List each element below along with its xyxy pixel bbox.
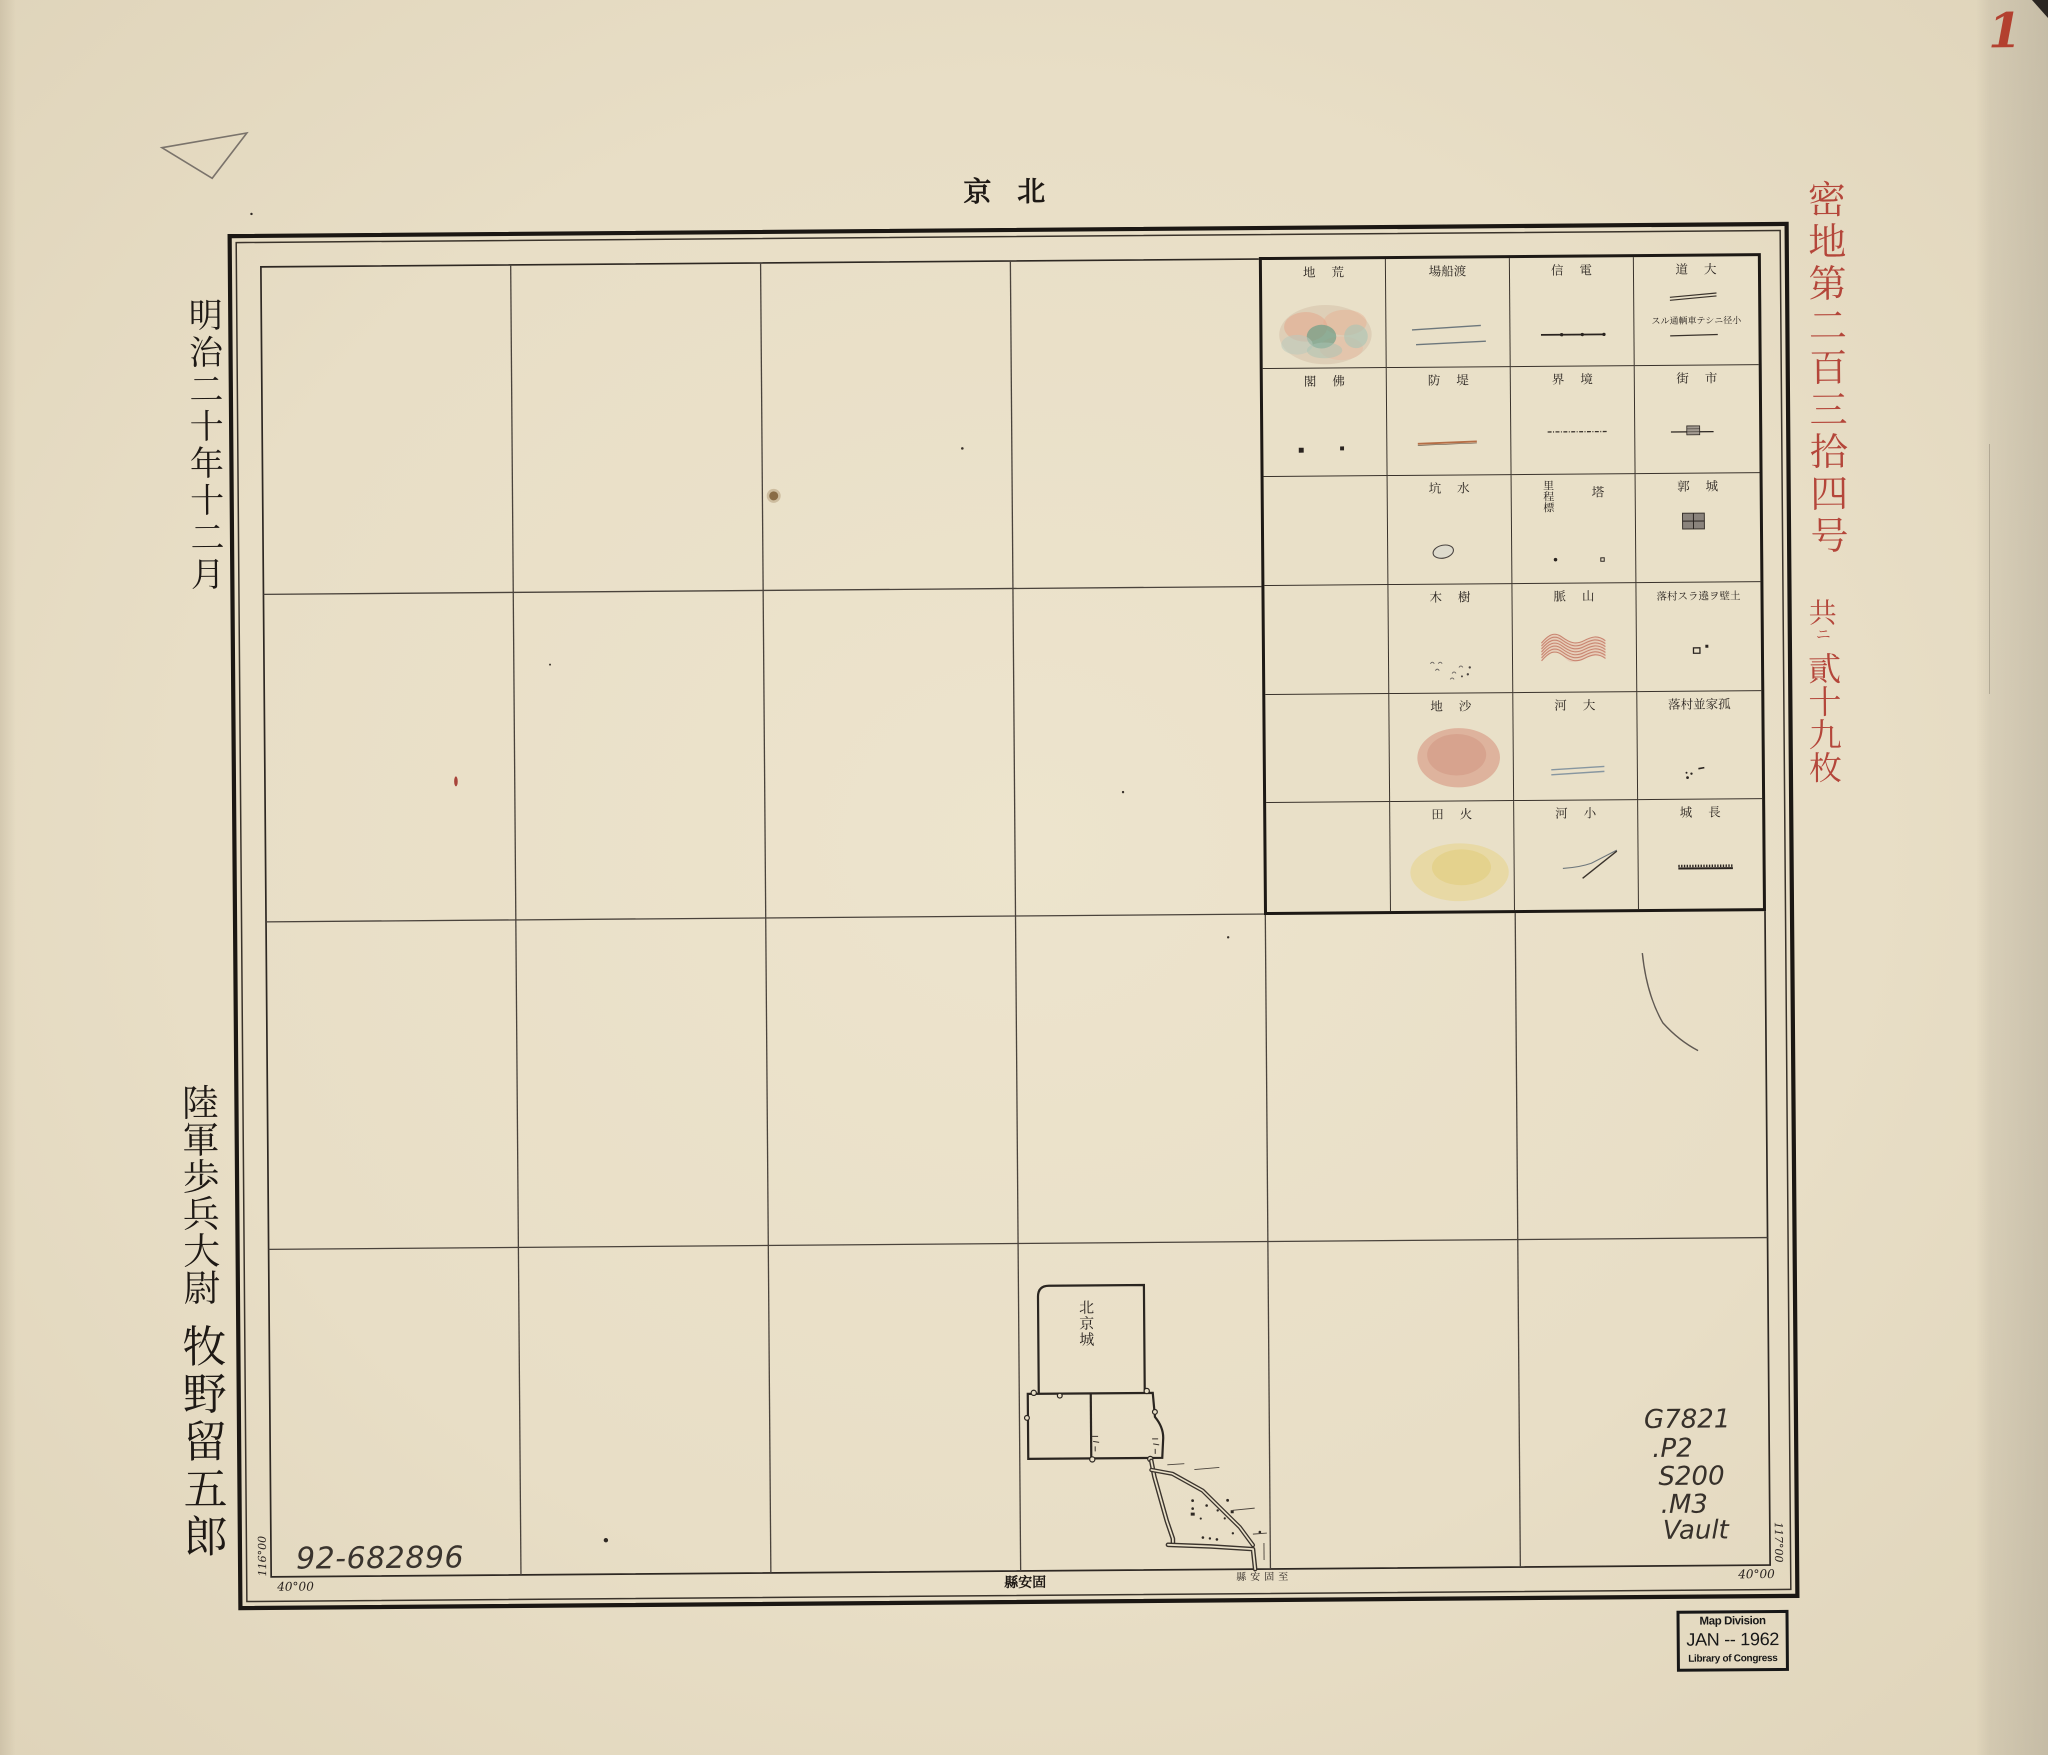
author-name: 牧野留五郎 — [177, 1323, 223, 1561]
legend-cell-castle-wall: 郭 城 — [1636, 473, 1761, 583]
legend-label: 街 市 — [1635, 371, 1759, 386]
legend-cell-empty — [1266, 802, 1391, 912]
legend-cell-tower-milestone: 塔 里程標 — [1512, 474, 1637, 584]
village-marks — [1191, 1499, 1262, 1541]
legend-label: 木 樹 — [1388, 590, 1511, 605]
legend-cell-pond: 坑 水 — [1388, 475, 1513, 585]
legend-cell-ferry: 場船渡 — [1386, 258, 1511, 368]
accession-number: 92-682896 — [296, 1543, 464, 1574]
call-number-line: .P2 — [1652, 1435, 1693, 1463]
legend-cell-boundary: 界 境 — [1511, 366, 1636, 476]
legend-cell-isolated-houses: 落村並家孤 — [1637, 691, 1762, 801]
legend-label: 場船渡 — [1386, 264, 1509, 279]
road-destination-label: 縣安固至 — [1235, 1573, 1293, 1583]
legend-cell-field: 田 火 — [1390, 801, 1515, 911]
legend-cell-town-street: 街 市 — [1635, 365, 1760, 475]
legend-cell-embankment: 防 堤 — [1387, 367, 1512, 477]
legend-label: 信 電 — [1510, 263, 1633, 278]
survey-date: 明治二十年十二月 — [185, 297, 221, 593]
legend-label: 河 小 — [1514, 806, 1637, 821]
red-total-prefix: 共 — [1809, 600, 1837, 628]
library-stamp: Map Division JAN -- 1962 Library of Cong… — [1676, 1610, 1788, 1672]
red-total-small: ニ — [1816, 628, 1831, 643]
legend-label: 坑 水 — [1388, 481, 1511, 496]
legend-cell-small-river: 河 小 — [1514, 800, 1639, 910]
legend-cell-empty — [1264, 585, 1389, 695]
county-label: 縣安固 — [1001, 1576, 1049, 1590]
beijing-city-walls — [1027, 1285, 1163, 1459]
legend-label: 落村スラ遶ヲ壁土 — [1636, 589, 1760, 604]
call-number-line: Vault — [1663, 1516, 1729, 1545]
legend-cell-road: 道 大 スル通輌車テシニ径小 — [1634, 256, 1759, 366]
legend-label-tower: 塔 — [1592, 487, 1605, 500]
legend-label: 脈 山 — [1512, 589, 1635, 604]
legend-cell-mountain-range: 脈 山 — [1512, 583, 1637, 693]
coord-left-lon: 116°00 — [257, 1536, 268, 1577]
legend-cell-trees: 木 樹 — [1388, 584, 1513, 694]
page-number-mark: 1 — [1988, 7, 2022, 55]
legend-label: 田 火 — [1390, 807, 1513, 822]
legend-cell-empty — [1265, 694, 1390, 804]
red-sheet-number: 密地第二百三拾四号 — [1804, 179, 1845, 557]
legend-cell-temple: 閣 佛 — [1263, 368, 1388, 478]
legend-label: 郭 城 — [1636, 479, 1760, 494]
sheet-title: 京 北 — [952, 176, 1062, 209]
legend-label: 防 堤 — [1387, 373, 1510, 388]
legend-label: 閣 佛 — [1263, 374, 1386, 389]
stamp-institution: Library of Congress — [1680, 1653, 1786, 1666]
legend-cell-large-river: 河 大 — [1513, 692, 1638, 802]
legend-label: 落村並家孤 — [1637, 697, 1761, 712]
legend-label: 地 荒 — [1262, 265, 1385, 280]
author-rank: 陸軍歩兵大尉 — [178, 1083, 217, 1305]
call-number-line: G7821 — [1644, 1405, 1731, 1434]
legend-cell-empty — [1264, 476, 1389, 586]
call-number-line: S200 — [1658, 1462, 1724, 1491]
pencil-curve-mark — [1642, 953, 1698, 1051]
map-legend: 地 荒 場船渡 信 電 — [1259, 253, 1766, 915]
map-sheet: 1 京 北 明治二十年十二月 陸軍歩兵大尉 牧野留五郎 密地第二百三拾四号 共 … — [0, 0, 2048, 1755]
legend-cell-wasteland: 地 荒 — [1262, 259, 1387, 369]
coord-bottom-right-lat: 40°00 — [1738, 1568, 1775, 1580]
red-total-count: 貳十九枚 — [1806, 652, 1840, 784]
legend-label: 城 長 — [1638, 805, 1762, 820]
coord-bottom-left-lat: 40°00 — [277, 1581, 314, 1593]
legend-cell-great-wall: 城 長 — [1638, 799, 1763, 909]
legend-cell-telegraph: 信 電 — [1510, 257, 1635, 367]
tower-milestone-icon — [1512, 474, 1636, 583]
gate-annotation-marks — [1092, 1436, 1159, 1455]
coord-right-lon: 117°00 — [1773, 1522, 1784, 1563]
stamp-date: JAN -- 1962 — [1680, 1629, 1786, 1650]
legend-label-milestone: 里程標 — [1543, 480, 1554, 513]
stamp-division: Map Division — [1680, 1615, 1786, 1629]
scanned-sheet: 1 京 北 明治二十年十二月 陸軍歩兵大尉 牧野留五郎 密地第二百三拾四号 共 … — [0, 0, 2048, 1755]
roads — [1151, 1460, 1255, 1570]
legend-label: 界 境 — [1511, 372, 1634, 387]
legend-sublabel: スル通輌車テシニ径小 — [1634, 316, 1758, 327]
legend-cell-sand: 地 沙 — [1389, 693, 1514, 803]
legend-label: 地 沙 — [1389, 699, 1512, 714]
beijing-city-label: 北京城 — [1078, 1299, 1093, 1347]
legend-label: 河 大 — [1513, 698, 1636, 713]
legend-label: 道 大 — [1634, 262, 1758, 277]
legend-cell-walled-village: 落村スラ遶ヲ壁土 — [1636, 582, 1761, 692]
pencil-triangle-mark — [162, 133, 247, 179]
